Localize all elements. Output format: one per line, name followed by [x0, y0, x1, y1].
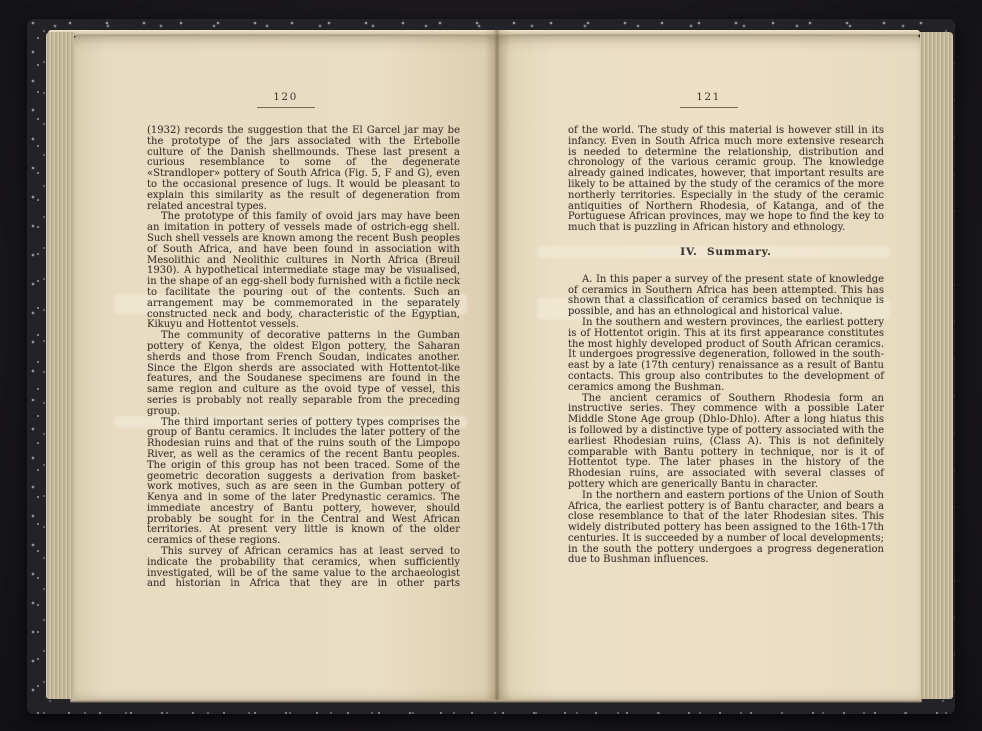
left-page-fore-edges — [46, 32, 74, 699]
paragraph: In the southern and western provinces, t… — [568, 318, 884, 394]
page-block-bottom-edge — [70, 699, 922, 703]
right-page-fore-edges — [920, 32, 953, 699]
paragraph: In the northern and eastern portions of … — [568, 491, 884, 567]
page-left: 120 (1932) records the suggestion that t… — [74, 36, 497, 700]
paragraph: The ancient ceramics of Southern Rhodesi… — [568, 394, 884, 491]
paragraph: (1932) records the suggestion that the E… — [147, 126, 460, 212]
paragraph: The third important series of pottery ty… — [147, 418, 460, 548]
page-number-rule — [680, 107, 738, 108]
page-header-left: 120 — [74, 91, 497, 108]
paragraph: The prototype of this family of ovoid ja… — [147, 212, 460, 331]
page-text-right: of the world. The study of this material… — [568, 126, 884, 664]
section-heading: IV. Summary. — [568, 247, 884, 258]
book-scan-scene: 120 (1932) records the suggestion that t… — [0, 0, 982, 731]
paragraph: This survey of African ceramics has at l… — [147, 547, 460, 590]
page-number-rule — [257, 107, 315, 108]
page-header-right: 121 — [497, 91, 920, 108]
page-right: 121 of the world. The study of this mate… — [497, 36, 920, 700]
page-number: 121 — [497, 91, 920, 103]
page-text-left: (1932) records the suggestion that the E… — [147, 126, 460, 664]
paragraph: of the world. The study of this material… — [568, 126, 884, 234]
paragraph: A. In this paper a survey of the present… — [568, 275, 884, 318]
paragraph: The community of decorative patterns in … — [147, 331, 460, 417]
page-number: 120 — [74, 91, 497, 103]
